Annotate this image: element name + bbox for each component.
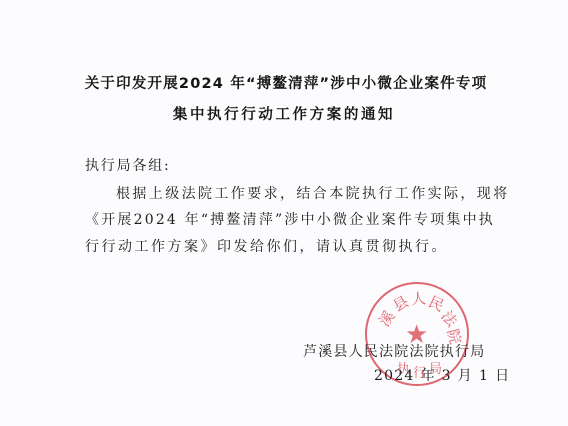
stamp-char: 人 <box>410 287 427 309</box>
date-month: 3 <box>442 368 452 384</box>
date-day: 1 <box>479 368 489 384</box>
document-page: 关于印发开展2024 年“搏鳌清萍”涉中小微企业案件专项 集中执行行动工作方案的… <box>0 0 568 426</box>
salutation: 执行局各组: <box>85 155 171 175</box>
date-month-unit: 月 <box>458 368 473 384</box>
issue-date: 2024年3月1日 <box>374 365 516 385</box>
body-line-2: 《开展2024 年“搏鳌清萍”涉中小微企业案件专项集中执 <box>85 209 495 229</box>
body-line-3: 行行动工作方案》印发给你们，请认真贯彻执行。 <box>85 236 448 256</box>
date-day-unit: 日 <box>495 368 510 384</box>
document-title-line-2: 集中执行行动工作方案的通知 <box>0 103 568 124</box>
date-year: 2024 <box>374 368 414 384</box>
date-year-unit: 年 <box>420 368 435 384</box>
issuer-signature: 芦溪县人民法院法院执行局 <box>303 341 485 361</box>
body-line-1: 根据上级法院工作要求，结合本院执行工作实际，现将 <box>116 183 510 203</box>
document-title-line-1: 关于印发开展2024 年“搏鳌清萍”涉中小微企业案件专项 <box>2 72 568 93</box>
